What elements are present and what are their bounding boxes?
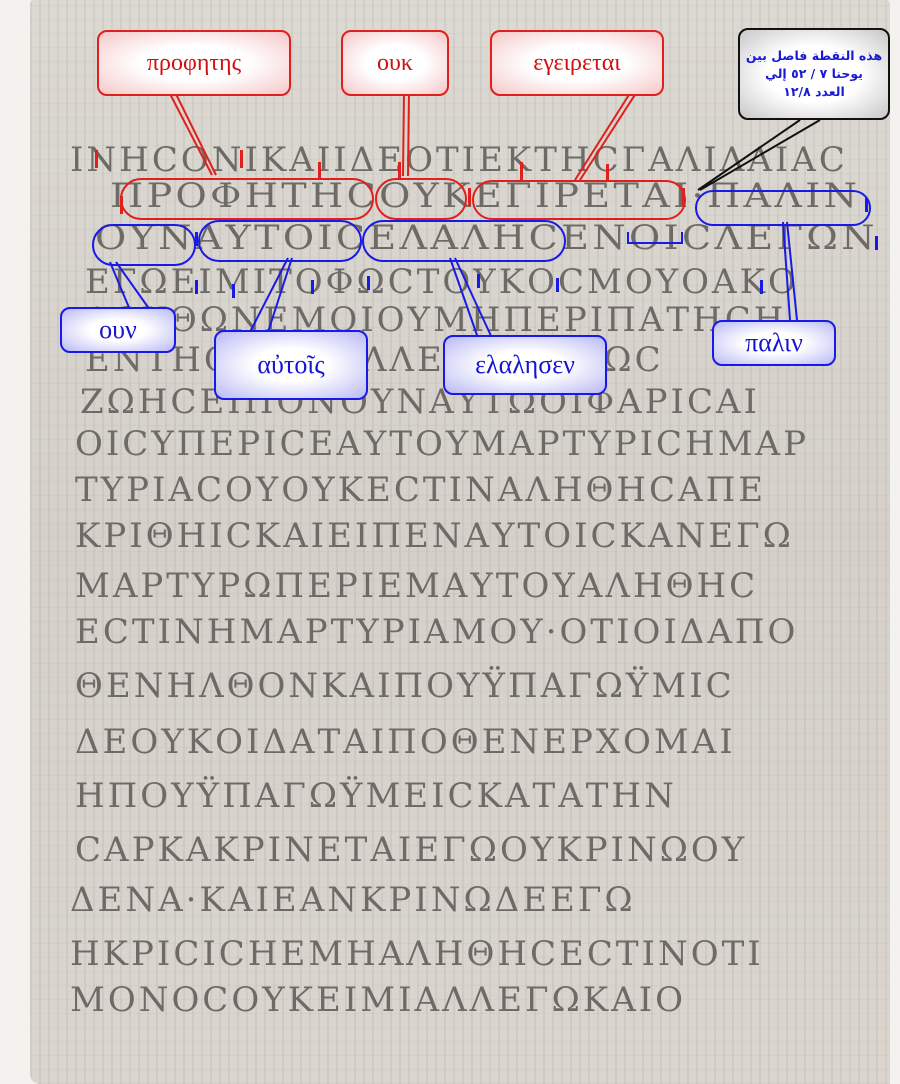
tick-mark: [367, 276, 370, 290]
tick-mark: [682, 188, 685, 206]
callout-egeiretai: εγειρεται: [490, 30, 664, 96]
callout-label: ουκ: [377, 50, 413, 77]
highlight-prophetes: [120, 178, 374, 220]
tick-mark: [398, 162, 401, 180]
tick-mark: [865, 198, 868, 212]
tick-mark: [606, 164, 609, 182]
tick-mark: [875, 236, 878, 250]
tick-mark: [520, 162, 523, 180]
note-line: العدد ١٢/٨: [783, 83, 845, 101]
callout-label: παλιν: [745, 328, 803, 358]
callout-ouk: ουκ: [341, 30, 449, 96]
highlight-ouk: [375, 178, 467, 220]
highlight-oun: [92, 224, 196, 266]
highlight-elalesen: [362, 220, 566, 262]
tick-mark: [195, 280, 198, 294]
note-line: هذه النقطة فاصل بين: [746, 47, 882, 65]
tick-mark: [477, 274, 480, 288]
callout-label: ελαλησεν: [475, 350, 575, 380]
callout-label: προφητης: [147, 50, 241, 77]
note-line: يوحنا ٧ / ٥٢ إلي: [765, 65, 863, 83]
callout-label: εγειρεται: [533, 50, 621, 77]
highlight-palin: [695, 190, 871, 226]
callout-autois: αὐτοῖς: [214, 330, 368, 400]
callout-pointers: [0, 0, 900, 1084]
tick-mark: [95, 150, 98, 168]
tick-mark: [556, 278, 559, 292]
tick-mark: [311, 280, 314, 294]
callout-oun: ουν: [60, 307, 176, 353]
callout-label: αὐτοῖς: [257, 350, 324, 380]
tick-mark: [240, 150, 243, 168]
tick-mark: [318, 162, 321, 180]
tick-mark: [468, 188, 471, 206]
tick-mark: [232, 284, 235, 298]
callout-palin: παλιν: [712, 320, 836, 366]
tick-mark: [195, 232, 198, 246]
highlight-autois: [198, 220, 362, 262]
tick-mark: [120, 196, 123, 214]
callout-note: هذه النقطة فاصل بين يوحنا ٧ / ٥٢ إلي الع…: [738, 28, 890, 120]
callout-elalesen: ελαλησεν: [443, 335, 607, 395]
tick-mark: [760, 280, 763, 294]
bracket-mark: [627, 232, 683, 244]
highlight-egeiretai: [472, 180, 686, 220]
callout-prophetes: προφητης: [97, 30, 291, 96]
callout-label: ουν: [99, 315, 137, 345]
